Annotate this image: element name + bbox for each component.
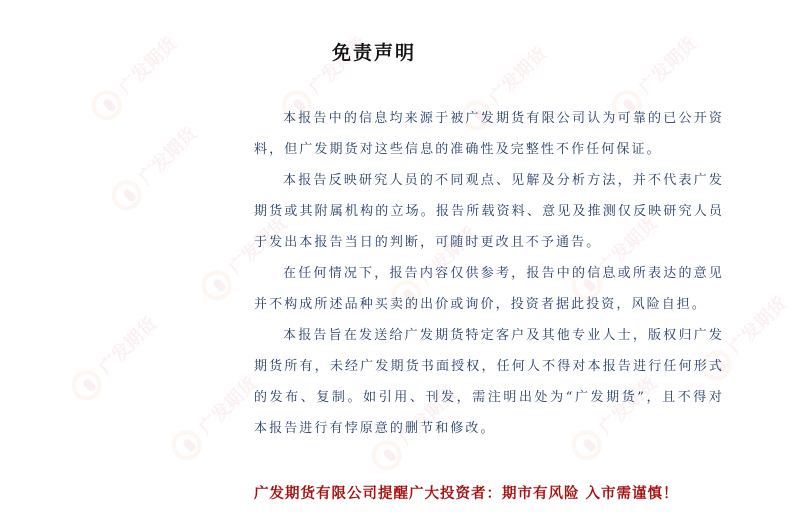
risk-warning: 广发期货有限公司提醒广大投资者：期市有风险 入市需谨慎！ (254, 482, 679, 503)
gf-futures-logo-icon (106, 174, 148, 216)
gf-futures-logo-icon (66, 364, 108, 406)
watermark: 广发期货 (104, 116, 206, 218)
watermark: 广发期货 (64, 306, 166, 408)
disclaimer-paragraph-sources: 本报告中的信息均来源于被广发期货有限公司认为可靠的已公开资料，但广发期货对这些信… (254, 103, 724, 165)
disclaimer-paragraph-copyright: 本报告旨在发送给广发期货特定客户及其他专业人士，版权归广发期货所有，未经广发期货… (254, 320, 724, 444)
gf-futures-logo-icon (196, 264, 238, 306)
gf-futures-logo-icon (166, 424, 208, 466)
watermark: 广发期货 (164, 366, 266, 468)
disclaimer-paragraph-opinions: 本报告反映研究人员的不同观点、见解及分析方法，并不代表广发期货或其附属机构的立场… (254, 165, 724, 258)
page-title: 免责声明 (332, 38, 416, 65)
gf-futures-logo-icon (86, 84, 128, 126)
disclaimer-paragraph-reference-only: 在任何情况下，报告内容仅供参考，报告中的信息或所表达的意见并不构成所述品种买卖的… (254, 258, 724, 320)
watermark: 广发期货 (84, 26, 186, 128)
